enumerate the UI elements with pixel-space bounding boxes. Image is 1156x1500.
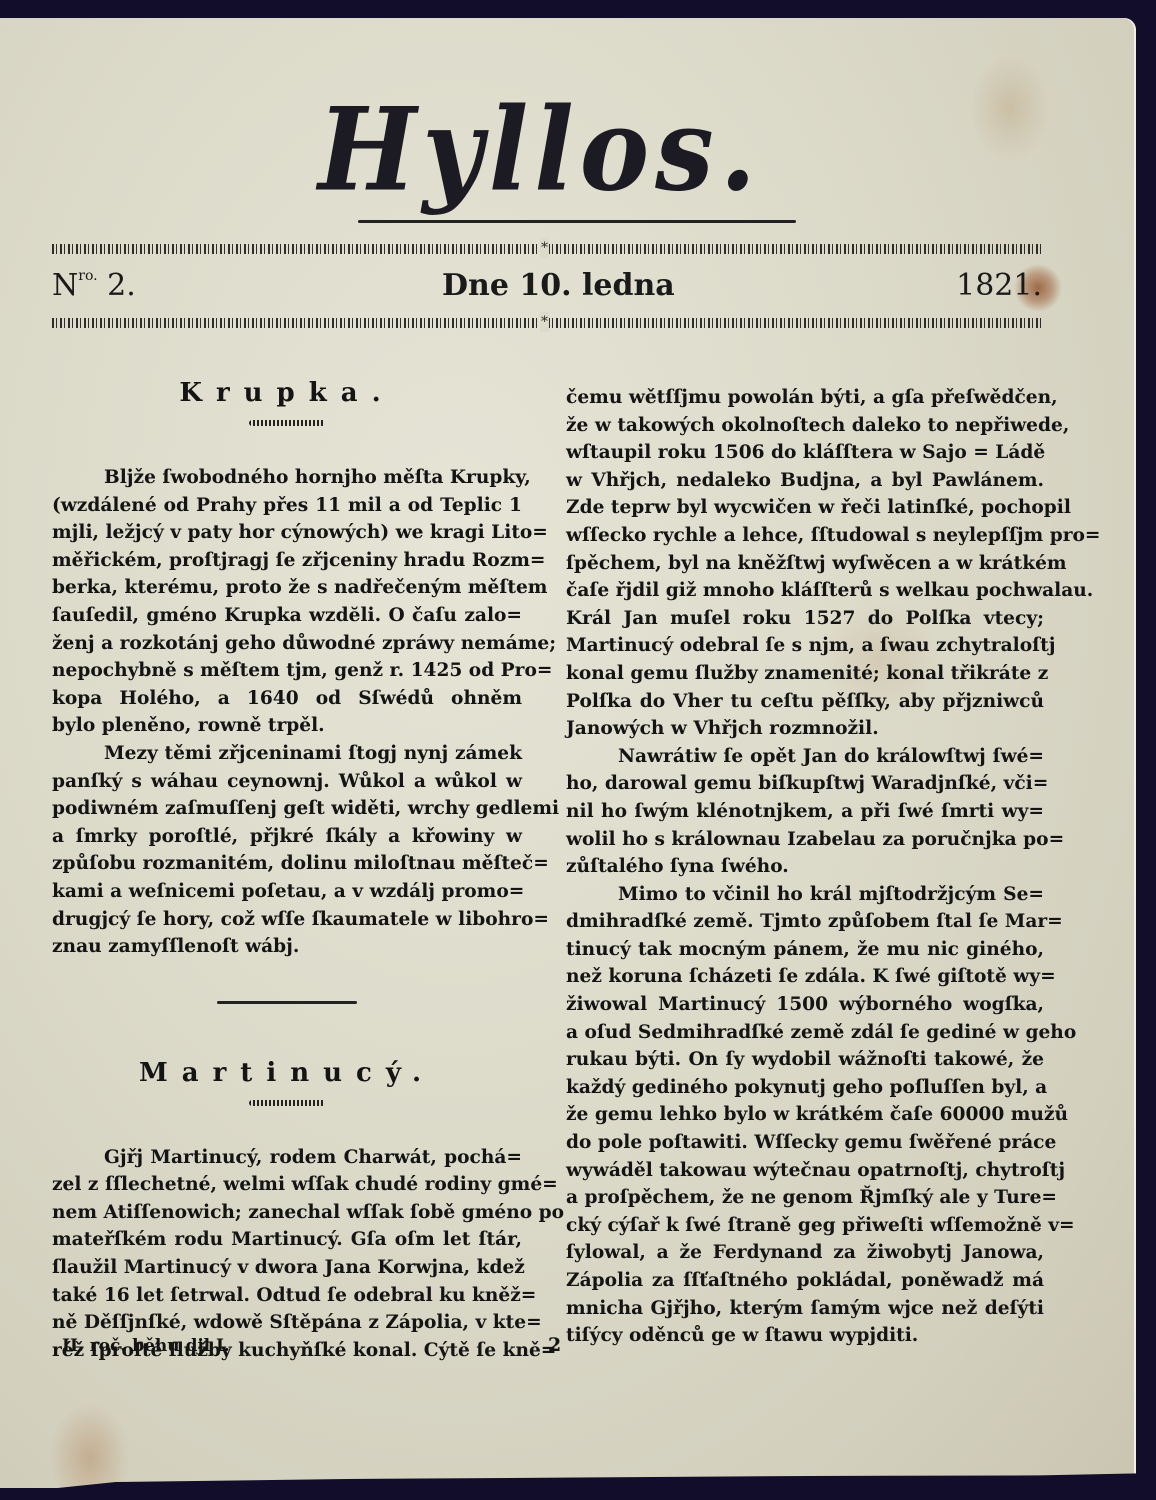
asterisk-ornament-icon: * [540, 312, 549, 332]
issue-date: Dne 10. ledna [442, 268, 675, 303]
text-line: ſlaužil Martinucý v dwora Jana Korwjna, … [52, 1254, 522, 1282]
page-number: 2 [548, 1334, 561, 1356]
text-line: ſylowal, a že Ferdynand za žiwobytj Jano… [566, 1239, 1044, 1267]
text-line: ho, darowal gemu biſkupſtwj Waradjnſké, … [566, 770, 1044, 798]
text-line: nem Atiſſenowich; zanechal wſſak ſobě gm… [52, 1199, 522, 1227]
paragraph: Mimo to včinil ho král mjſtodržjcým Se= … [566, 881, 1044, 1350]
text-line: mateřſkém rodu Martinucý. Gſa oſm let ſt… [52, 1226, 522, 1254]
text-line: že gemu lehko bylo w krátkém čaſe 60000 … [566, 1101, 1044, 1129]
text-line: nepochybně s měſtem tjm, genž r. 1425 od… [52, 657, 522, 685]
article-title-krupka: Krupka. [52, 380, 522, 414]
issue-info-row: Nro. 2. Dne 10. ledna 1821. [52, 266, 1042, 310]
text-line: také 16 let ſetrwal. Odtud ſe odebral ku… [52, 1282, 522, 1310]
text-line: Martinucý odebral ſe s njm, a ſwau zchyt… [566, 632, 1044, 660]
text-line: ſpěchem, byl na kněžſtwj wyſwěcen a w kr… [566, 550, 1044, 578]
text-line: že w takowých okolnoſtech daleko to nepř… [566, 412, 1044, 440]
text-line: zel z ſſlechetné, welmi wſſak chudé rodi… [52, 1171, 522, 1199]
text-line: způſobu rozmanitém, dolinu miloſtnau měſ… [52, 850, 522, 878]
text-line: panſký s wáhau ceynownj. Wůkol a wůkol w [52, 768, 522, 796]
text-line: než koruna ſcházeti ſe zdála. K ſwé giſt… [566, 963, 1044, 991]
text-line: kopa Holého, a 1640 od Sſwédů ohněm [52, 685, 522, 713]
text-line: berka, kterému, proto že s nadřečeným mě… [52, 574, 522, 602]
text-line: žiwowal Martinucý 1500 wýborného wogſka, [566, 991, 1044, 1019]
printer-signature: II. roč. běhu djl I. [62, 1336, 230, 1356]
text-line: (wzdálené od Prahy přes 11 mil a od Tepl… [52, 492, 522, 520]
text-line: tiſýcy oděnců ge w ſtawu wypjditi. [566, 1322, 1044, 1350]
issue-number-value: 2. [107, 268, 136, 303]
section-divider [217, 1001, 357, 1004]
text-line: podiwném zaſmuſſenj geſt widěti, wrchy g… [52, 795, 522, 823]
text-line: wywáděl takowau wýtečnau opatrnoſtj, chy… [566, 1157, 1044, 1185]
ornament-rule-bottom: * [52, 318, 1042, 328]
text-line: ženj a rozkotánj geho důwodné zpráwy nem… [52, 630, 522, 658]
issue-year: 1821. [956, 268, 1042, 303]
text-line: Král Jan muſel roku 1527 do Polſka vtecy… [566, 605, 1044, 633]
text-line: rukau býti. On ſy wydobil wážnoſti takow… [566, 1046, 1044, 1074]
text-line: zůſtalého ſyna ſwého. [566, 853, 1044, 881]
text-line: Polſka do Vher tu ceſtu pěſſky, aby přjz… [566, 688, 1044, 716]
text-line: do pole poſtawiti. Wſſecky gemu ſwěřené … [566, 1129, 1044, 1157]
text-line: nil ho ſwým klénotnjkem, a při ſwé ſmrti… [566, 798, 1044, 826]
text-line: Zápolia za ſſťaſtného pokládal, poněwadž… [566, 1267, 1044, 1295]
text-line: kami a weſnicemi poſetau, a v wzdálj pro… [52, 878, 522, 906]
text-line: ſauſedil, gméno Krupka wzdĕli. O čaſu za… [52, 602, 522, 630]
text-line: Zde teprw byl wycwičen w řeči latinſké, … [566, 494, 1044, 522]
newspaper-page: Hyllos. * Nro. 2. Dne 10. ledna 1821. * … [0, 18, 1136, 1488]
paragraph: Bljže ſwobodného hornjho měſta Krupky, (… [52, 464, 522, 740]
text-line: konal gemu ſlužby znamenité; konal třikr… [566, 660, 1044, 688]
paragraph: Mezy těmi zřjceninami ſtogj nynj zámek p… [52, 740, 522, 961]
ornament-rule-top: * [52, 244, 1042, 254]
masthead-title: Hyllos. [0, 82, 1080, 217]
text-line: Mezy těmi zřjceninami ſtogj nynj zámek [52, 740, 522, 768]
text-line: mjli, ležjcý v paty hor cýnowých) we kra… [52, 519, 522, 547]
text-line: a proſpěchem, že ne genom Řjmſký ale y T… [566, 1184, 1044, 1212]
text-line: wolil ho s králownau Izabelau za poručnj… [566, 826, 1044, 854]
text-line: čemu wětſſjmu powolán býti, a gſa přeſwě… [566, 384, 1044, 412]
text-line: wſſecko rychle a lehce, ſſtudowal s neyl… [566, 522, 1044, 550]
text-line: drugjcý ſe hory, což wſſe ſkaumatele w l… [52, 906, 522, 934]
text-line: Mimo to včinil ho král mjſtodržjcým Se= [566, 881, 1044, 909]
text-line: wſtaupil roku 1506 do kláſſtera w Sajo =… [566, 439, 1044, 467]
paragraph: čemu wětſſjmu powolán býti, a gſa přeſwě… [566, 384, 1044, 743]
squiggle-ornament [249, 420, 325, 426]
text-line: čaſe řjdil giž mnoho kláſſterů s welkau … [566, 577, 1044, 605]
text-line: Janowých w Vhřjch rozmnožil. [566, 715, 1044, 743]
text-line: ně Děſſjnſké, wdowě Sſtěpána z Zápolia, … [52, 1309, 522, 1337]
text-line: a ſmrky poroſtlé, přjkré ſkály a křowiny… [52, 823, 522, 851]
text-line: tinucý tak mocným pánem, že mu nic ginéh… [566, 936, 1044, 964]
text-line: dmihradſké země. Tjmto způſobem ſtal ſe … [566, 908, 1044, 936]
text-line: bylo pleněno, rowně trpěl. [52, 712, 522, 740]
text-line: Bljže ſwobodného hornjho měſta Krupky, [52, 464, 522, 492]
text-line: měřickém, proſtjragj ſe zřjceniny hradu … [52, 547, 522, 575]
right-column: čemu wětſſjmu powolán býti, a gſa přeſwě… [566, 384, 1044, 1350]
asterisk-ornament-icon: * [540, 238, 549, 258]
issue-number: Nro. 2. [52, 268, 136, 303]
issue-suffix: ro. [78, 268, 97, 284]
text-line: a oſud Sedmihradſké země zdál ſe gediné … [566, 1019, 1044, 1047]
issue-prefix: N [52, 268, 78, 303]
left-column: Krupka. Bljže ſwobodného hornjho měſta K… [52, 370, 522, 1364]
text-line: každý gediného pokynutj geho poſluſſen b… [566, 1074, 1044, 1102]
article-title-martinucy: Martinucý. [52, 1060, 522, 1094]
text-line: Gjřj Martinucý, rodem Charwát, pochá= [52, 1144, 522, 1172]
text-line: Nawrátiw ſe opět Jan do králowſtwj ſwé= [566, 743, 1044, 771]
squiggle-ornament [249, 1100, 325, 1106]
text-line: w Vhřjch, nedaleko Budjna, a byl Pawláne… [566, 467, 1044, 495]
text-line: znau zamyſſlenoſt wábj. [52, 933, 522, 961]
text-line: mnicha Gjřjho, kterým ſamým wjce než deſ… [566, 1295, 1044, 1323]
masthead-rule [358, 220, 796, 223]
paragraph: Gjřj Martinucý, rodem Charwát, pochá= ze… [52, 1144, 522, 1365]
text-line: cký cýſař k ſwé ſtraně geg přiweſti wſſe… [566, 1212, 1044, 1240]
paragraph: Nawrátiw ſe opět Jan do králowſtwj ſwé= … [566, 743, 1044, 881]
